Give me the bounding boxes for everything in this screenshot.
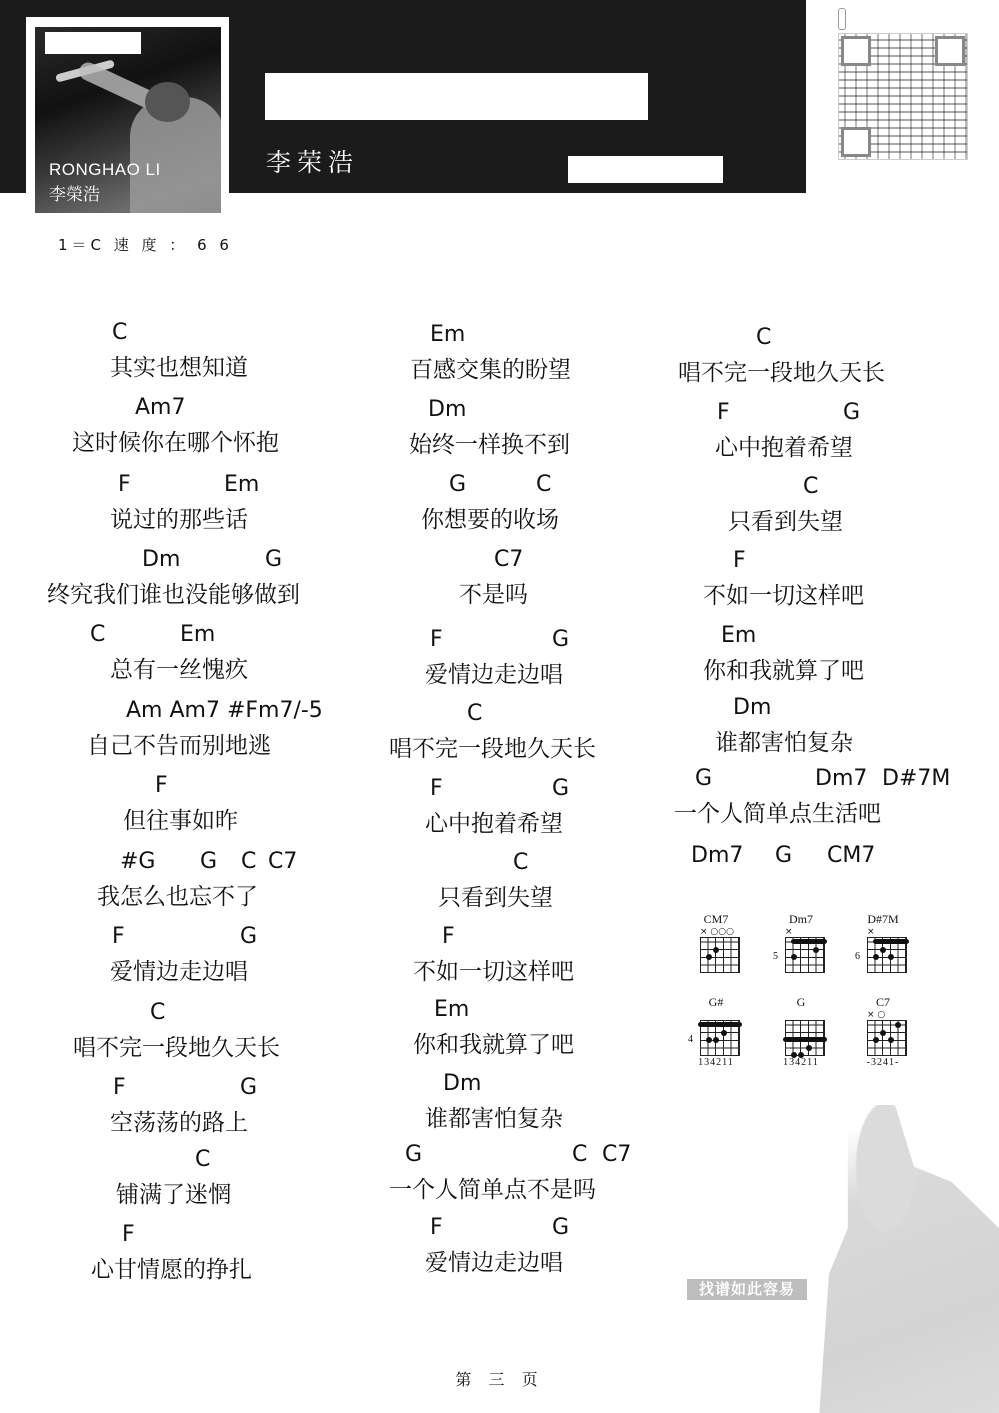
finger-dot [895, 1022, 901, 1028]
cover-artist-en: RONGHAO LI [49, 160, 161, 180]
lyric-line: 不如一切这样吧 [413, 953, 574, 986]
finger-dot [880, 947, 886, 953]
lyric-line: 一个人简单点生活吧 [674, 795, 881, 828]
lyric-line: 空荡荡的路上 [110, 1104, 248, 1137]
chord-label: C [803, 474, 818, 499]
chord-diagram: C7 × ○ -3241- [853, 995, 913, 1068]
subtitle-redacted [568, 156, 723, 183]
fretboard-grid [785, 1020, 825, 1056]
lyric-line: 终究我们谁也没能够做到 [47, 576, 300, 609]
chord-label: C7 [602, 1142, 631, 1167]
lyric-line: 这时候你在哪个怀抱 [72, 424, 279, 457]
cover-artist-cn: 李榮浩 [49, 180, 100, 205]
chord-diagram-name: G# [686, 995, 746, 1010]
chord-label: F [118, 472, 131, 497]
lyric-line: 不是吗 [459, 576, 528, 609]
chord-label: F [430, 776, 443, 801]
lyric-line: 说过的那些话 [110, 501, 248, 534]
chord-label: Em [721, 623, 756, 648]
chord-diagram: D#7M × 6 [853, 912, 913, 974]
qr-tag-icon [838, 8, 846, 30]
fretboard-grid [867, 937, 907, 973]
chord-label: Dm [428, 397, 466, 422]
lyric-line: 你和我就算了吧 [413, 1026, 574, 1059]
lyric-line: 铺满了迷惘 [116, 1176, 231, 1209]
chord-label: F [113, 1075, 126, 1100]
lyric-line: 自己不告而别地逃 [87, 727, 271, 760]
chord-label: G [265, 547, 282, 572]
string-markers: × [785, 927, 831, 937]
chord-label: G [200, 849, 217, 874]
finger-dot [873, 1037, 879, 1043]
chord-label: C [195, 1147, 210, 1172]
chord-diagram: CM7 × ○○○ [686, 912, 746, 974]
chord-label: Dm7 [815, 766, 867, 791]
string-markers [785, 1010, 831, 1020]
lyric-line: 我怎么也忘不了 [97, 878, 258, 911]
lyric-line: 只看到失望 [438, 879, 553, 912]
lyric-line: 始终一样换不到 [409, 426, 570, 459]
lyric-line: 唱不完一段地久天长 [73, 1029, 280, 1062]
chord-label: Am Am7 #Fm7/-5 [126, 698, 323, 723]
chord-label: G [449, 472, 466, 497]
qr-finder-icon [841, 36, 871, 66]
chord-diagram-name: G [771, 995, 831, 1010]
chord-label: G [240, 924, 257, 949]
album-cover: RONGHAO LI 李榮浩 [35, 27, 221, 213]
lyric-line: 不如一切这样吧 [703, 577, 864, 610]
chord-label: D#7M [882, 766, 950, 791]
lyric-line: 但往事如昨 [123, 802, 238, 835]
finger-numbers: 134211 [686, 1057, 746, 1068]
chord-label: C [241, 849, 256, 874]
finger-numbers: -3241- [853, 1057, 913, 1068]
lyric-line: 心甘情愿的挣扎 [91, 1251, 252, 1284]
chord-label: C [90, 622, 105, 647]
key-tempo: 1＝C 速 度 ： 6 6 [58, 234, 233, 255]
chord-diagram: G# 4 134211 [686, 995, 746, 1068]
chord-label: Dm [733, 695, 771, 720]
chord-label: C7 [268, 849, 297, 874]
chord-diagram: Dm7 × 5 [771, 912, 831, 974]
chord-diagram: G 134211 [771, 995, 831, 1068]
chord-label: G [552, 1215, 569, 1240]
page-number: 第 三 页 [0, 1367, 999, 1390]
finger-dot [813, 947, 819, 953]
finger-dot [706, 954, 712, 960]
chord-diagram-name: D#7M [853, 912, 913, 927]
chord-label: F [155, 773, 168, 798]
chord-label: C7 [494, 547, 523, 572]
chord-label: F [717, 400, 730, 425]
watermark-text: 找谱如此容易 [687, 1279, 807, 1300]
chord-diagram-name: Dm7 [771, 912, 831, 927]
chord-label: G [552, 627, 569, 652]
fret-number: 6 [855, 951, 860, 962]
chord-label: Em [180, 622, 215, 647]
artist-name: 李荣浩 [266, 143, 359, 179]
chord-label: C [572, 1142, 587, 1167]
chord-label: G [843, 400, 860, 425]
chord-label: C [112, 320, 127, 345]
fret-number: 4 [688, 1034, 693, 1045]
finger-dot [791, 954, 797, 960]
lyric-line: 其实也想知道 [110, 349, 248, 382]
lyric-line: 爱情边走边唱 [110, 953, 248, 986]
finger-dot [713, 947, 719, 953]
cover-redaction [45, 32, 141, 54]
fretboard-grid [867, 1020, 907, 1056]
chord-label: Em [430, 322, 465, 347]
barre-marker [698, 1022, 742, 1027]
lyric-line: 心中抱着希望 [715, 429, 853, 462]
chord-label: G [552, 776, 569, 801]
chord-label: C [756, 325, 771, 350]
chord-diagram-name: CM7 [686, 912, 746, 927]
barre-marker [873, 939, 909, 944]
lyric-line: 谁都害怕复杂 [715, 724, 853, 757]
cover-figure-head [145, 82, 190, 122]
fret-number: 5 [773, 951, 778, 962]
chord-label: C [513, 850, 528, 875]
chord-label: Em [434, 997, 469, 1022]
chord-label: Am7 [135, 395, 185, 420]
lyric-line: 你想要的收场 [421, 501, 559, 534]
string-markers: × ○○○ [700, 927, 746, 937]
finger-dot [880, 1030, 886, 1036]
fretboard-grid [785, 937, 825, 973]
chord-label: Dm7 [691, 843, 743, 868]
chord-label: F [430, 627, 443, 652]
chord-label: CM7 [827, 843, 875, 868]
finger-dot [713, 1037, 719, 1043]
finger-numbers: 134211 [771, 1057, 831, 1068]
lyric-line: 心中抱着希望 [425, 805, 563, 838]
chord-label: G [695, 766, 712, 791]
chord-label: F [430, 1215, 443, 1240]
chord-label: F [122, 1222, 135, 1247]
finger-dot [721, 1030, 727, 1036]
chord-diagram-name: C7 [853, 995, 913, 1010]
barre-marker [783, 1037, 827, 1042]
lyric-line: 只看到失望 [728, 503, 843, 536]
chord-label: G [405, 1142, 422, 1167]
lyric-line: 唱不完一段地久天长 [389, 730, 596, 763]
string-markers: × ○ [867, 1010, 913, 1020]
lyric-line: 爱情边走边唱 [425, 656, 563, 689]
lyric-line: 一个人简单点不是吗 [389, 1171, 596, 1204]
lyric-line: 唱不完一段地久天长 [678, 354, 885, 387]
finger-dot [888, 1037, 894, 1043]
chord-label: G [240, 1075, 257, 1100]
qr-code[interactable] [838, 33, 968, 160]
chord-label: F [733, 548, 746, 573]
string-markers: × [867, 927, 913, 937]
lyric-line: 爱情边走边唱 [425, 1244, 563, 1277]
lyric-line: 你和我就算了吧 [703, 652, 864, 685]
chord-label: F [442, 924, 455, 949]
string-markers [700, 1010, 746, 1020]
chord-label: Dm [142, 547, 180, 572]
song-title-redacted [265, 73, 648, 120]
chord-label: #G [120, 849, 155, 874]
lyric-line: 百感交集的盼望 [410, 351, 571, 384]
fretboard-grid [700, 1020, 740, 1056]
chord-label: G [775, 843, 792, 868]
finger-dot [706, 1037, 712, 1043]
chord-label: Dm [443, 1071, 481, 1096]
chord-label: Em [224, 472, 259, 497]
barre-marker [791, 939, 827, 944]
lyric-line: 总有一丝愧疚 [110, 651, 248, 684]
chord-label: C [150, 1000, 165, 1025]
chord-label: C [536, 472, 551, 497]
chord-label: F [112, 924, 125, 949]
finger-dot [806, 1045, 812, 1051]
finger-dot [888, 954, 894, 960]
qr-finder-icon [935, 36, 965, 66]
qr-finder-icon [841, 127, 871, 157]
finger-dot [873, 954, 879, 960]
chord-label: C [467, 701, 482, 726]
lyric-line: 谁都害怕复杂 [425, 1100, 563, 1133]
fretboard-grid [700, 937, 740, 973]
